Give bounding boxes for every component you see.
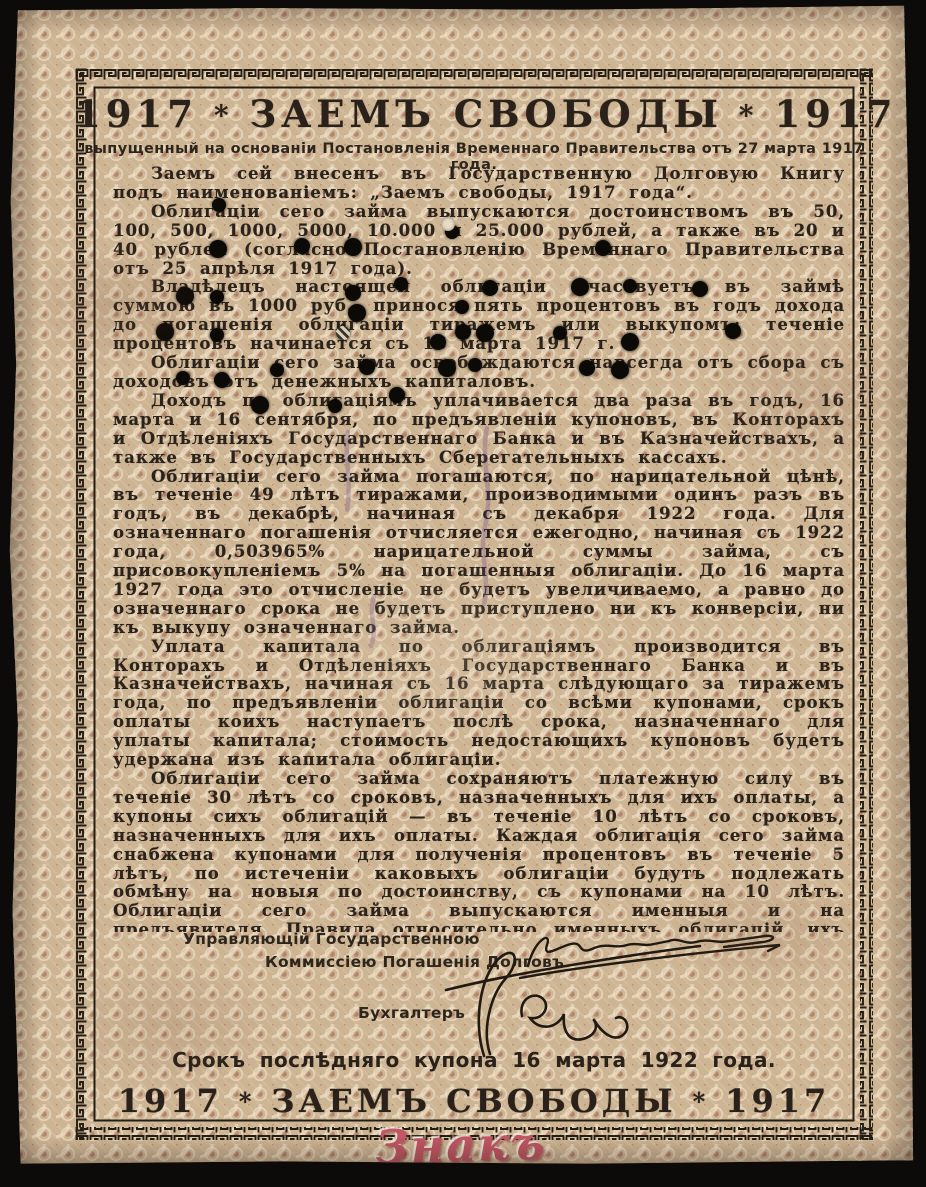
title-year-left: 1917 — [118, 1082, 223, 1120]
bond-paper: 1917*ЗАЕМЪ СВОБОДЫ*1917 выпущенный на ос… — [8, 4, 914, 1166]
bond-title-top: 1917*ЗАЕМЪ СВОБОДЫ*1917 — [75, 92, 873, 136]
title-star-icon: * — [198, 99, 250, 132]
accountant-title-label: Бухгалтеръ — [358, 1004, 465, 1022]
title-star-icon: * — [223, 1087, 272, 1116]
terms-paragraph: Облигаціи сего займа освобождаются навсе… — [113, 353, 845, 391]
manager-title-line1: Управляющій Государственною — [183, 930, 480, 948]
title-text: ЗАЕМЪ СВОБОДЫ — [250, 92, 723, 136]
scan-background: { "document": { "header": { "year_left":… — [0, 0, 926, 1187]
terms-paragraph: Владѣлецъ настоящей облигаціи участвуетъ… — [113, 277, 845, 353]
terms-paragraph: Доходъ по облигаціямъ уплачивается два р… — [113, 391, 845, 467]
terms-paragraph: Облигаціи сего займа погашаются, по нари… — [113, 467, 845, 637]
manager-title-line2: Коммиссіею Погашенія Долговъ — [265, 953, 564, 971]
terms-paragraph: Уплата капитала по облигаціямъ производи… — [113, 637, 845, 769]
title-star-icon: * — [723, 99, 775, 132]
terms-paragraph: Облигаціи сего займа выпускаются достоин… — [113, 202, 845, 278]
last-coupon-date-line: Срокъ послѣдняго купона 16 марта 1922 го… — [75, 1048, 873, 1072]
terms-paragraphs: Заемъ сей внесенъ въ Государственную Дол… — [113, 164, 845, 932]
title-year-left: 1917 — [75, 92, 198, 136]
title-year-right: 1917 — [774, 92, 897, 136]
terms-paragraph: Заемъ сей внесенъ въ Государственную Дол… — [113, 164, 845, 202]
terms-paragraph: Облигаціи сего займа сохраняютъ платежну… — [113, 769, 845, 932]
